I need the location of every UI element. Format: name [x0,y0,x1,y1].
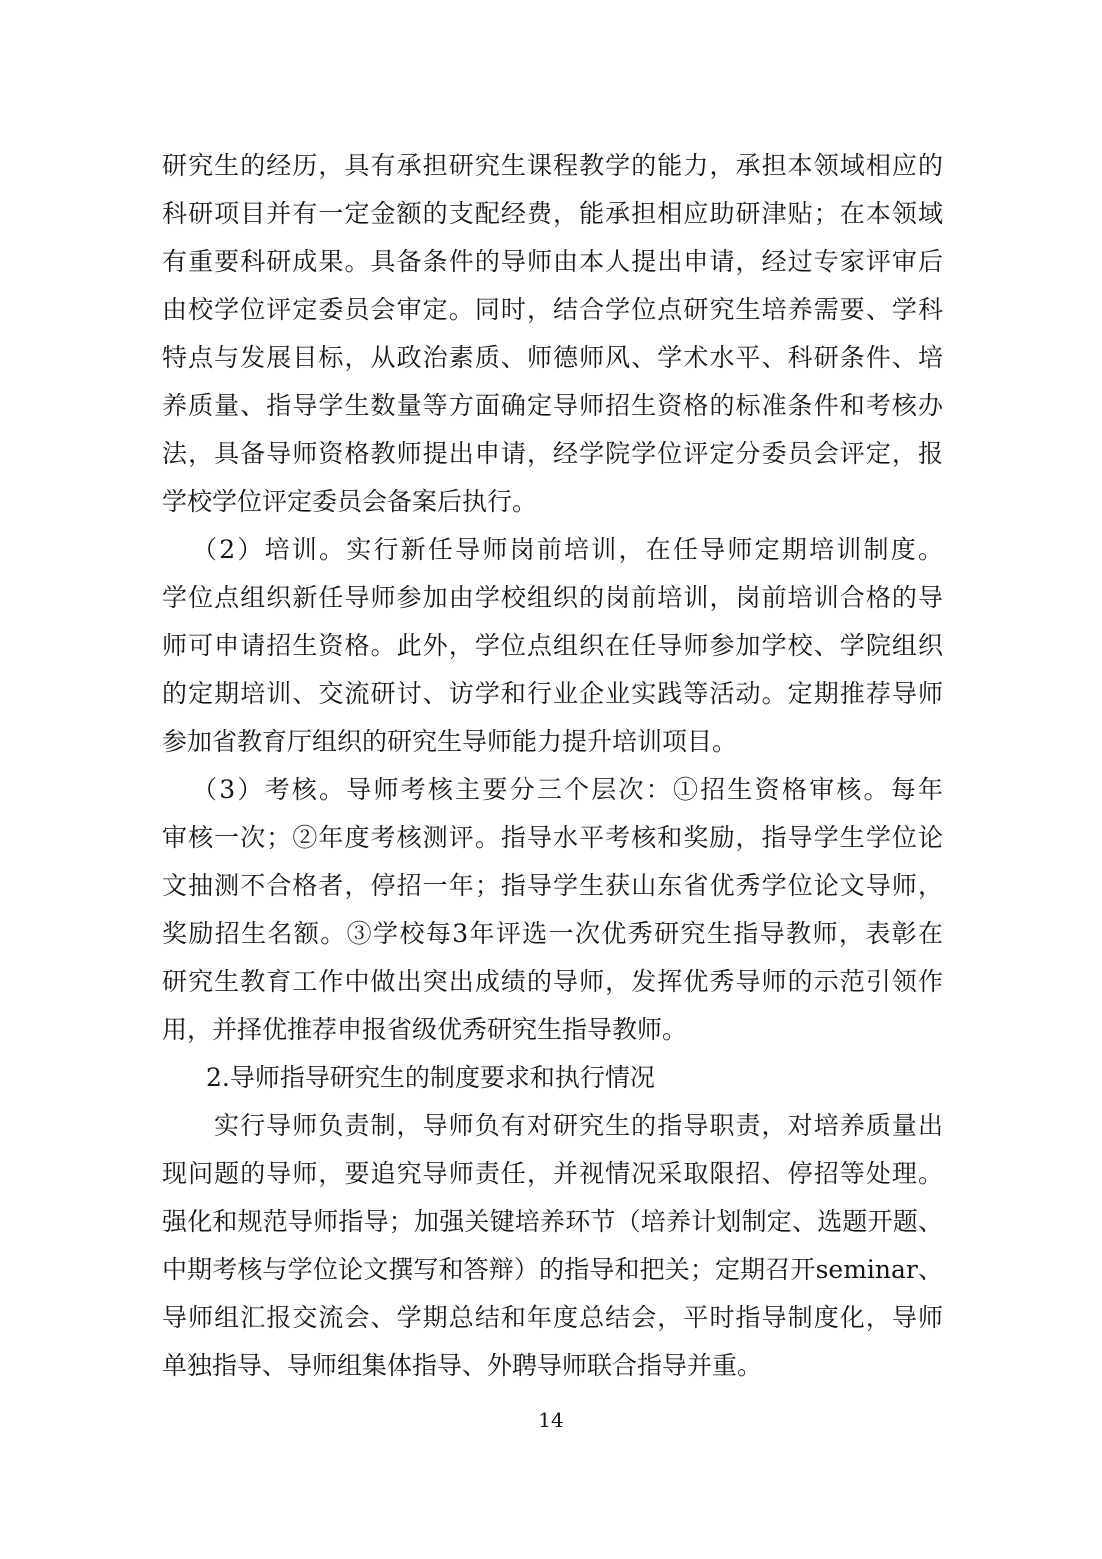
document-page: 研究生的经历，具有承担研究生课程教学的能力，承担本领域相应的科研项目并有一定金额… [0,0,1102,1559]
text-line: 养质量、指导学生数量等方面确定导师招生资格的标准条件和考核办 [162,382,943,430]
text-line: 师可申请招生资格。此外，学位点组织在任导师参加学校、学院组织 [162,622,943,670]
text-line: 特点与发展目标，从政治素质、师德师风、学术水平、科研条件、培 [162,334,943,382]
page-number: 14 [538,1408,563,1432]
text-line: 学校学位评定委员会备案后执行。 [162,478,943,526]
text-line: 学位点组织新任导师参加由学校组织的岗前培训，岗前培训合格的导 [162,574,943,622]
text-line: （2）培训。实行新任导师岗前培训，在任导师定期培训制度。 [162,526,943,574]
text-line: 由校学位评定委员会审定。同时，结合学位点研究生培养需要、学科 [162,286,943,334]
text-line: 导师组汇报交流会、学期总结和年度总结会，平时指导制度化，导师 [162,1294,943,1342]
text-line: 科研项目并有一定金额的支配经费，能承担相应助研津贴；在本领域 [162,190,943,238]
text-line: 用，并择优推荐申报省级优秀研究生指导教师。 [162,1006,943,1054]
text-line: 强化和规范导师指导；加强关键培养环节（培养计划制定、选题开题、 [162,1198,943,1246]
text-line: 有重要科研成果。具备条件的导师由本人提出申请，经过专家评审后 [162,238,943,286]
text-line: 审核一次；②年度考核测评。指导水平考核和奖励，指导学生学位论 [162,814,943,862]
text-line: 单独指导、导师组集体指导、外聘导师联合指导并重。 [162,1342,943,1390]
text-line: 中期考核与学位论文撰写和答辩）的指导和把关；定期召开seminar、 [162,1246,943,1294]
text-line: 现问题的导师，要追究导师责任，并视情况采取限招、停招等处理。 [162,1150,943,1198]
text-line: 的定期培训、交流研讨、访学和行业企业实践等活动。定期推荐导师 [162,670,943,718]
text-line: 文抽测不合格者，停招一年；指导学生获山东省优秀学位论文导师， [162,862,943,910]
text-line: 法，具备导师资格教师提出申请，经学院学位评定分委员会评定，报 [162,430,943,478]
text-line: 2.导师指导研究生的制度要求和执行情况 [162,1054,943,1102]
text-line: 研究生的经历，具有承担研究生课程教学的能力，承担本领域相应的 [162,142,943,190]
text-line: 实行导师负责制，导师负有对研究生的指导职责，对培养质量出 [162,1102,943,1150]
text-line: （3）考核。导师考核主要分三个层次：①招生资格审核。每年 [162,766,943,814]
text-line: 研究生教育工作中做出突出成绩的导师，发挥优秀导师的示范引领作 [162,958,943,1006]
text-line: 奖励招生名额。③学校每3年评选一次优秀研究生指导教师，表彰在 [162,910,943,958]
text-line: 参加省教育厅组织的研究生导师能力提升培训项目。 [162,718,943,766]
body-text: 研究生的经历，具有承担研究生课程教学的能力，承担本领域相应的科研项目并有一定金额… [162,142,943,1390]
page-footer: 14 [0,1408,1102,1432]
